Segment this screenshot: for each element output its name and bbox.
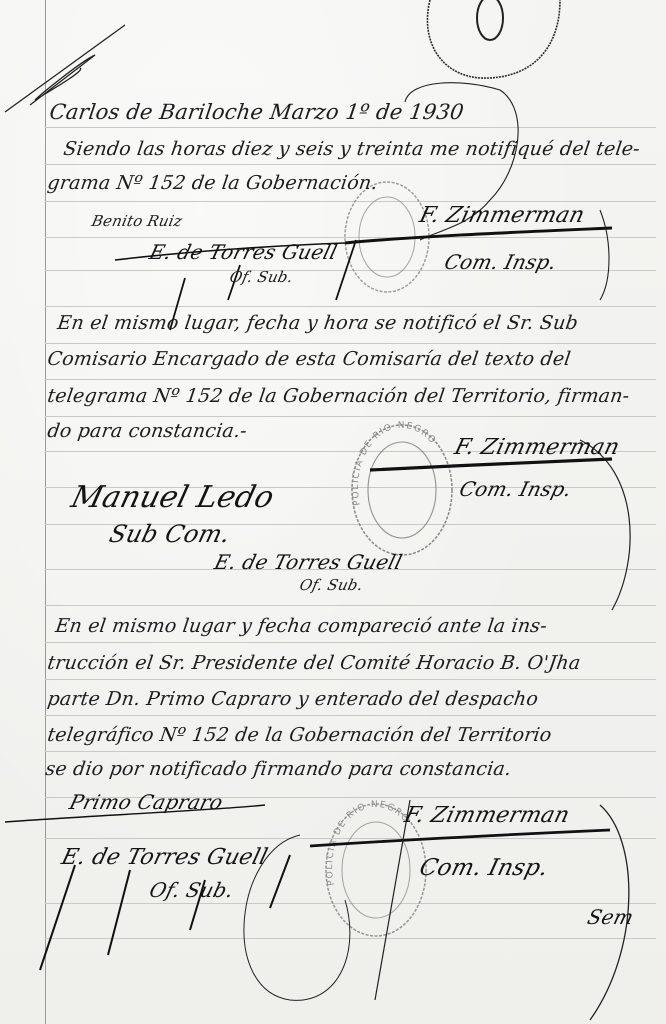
entry-2-line-1: En el mismo lugar, fecha y hora se notif… [56,312,580,334]
entry-3-line-2: trucción el Sr. Presidente del Comité Ho… [46,652,582,674]
signature-title-of-sub-2: Of. Sub. [298,576,365,594]
ruled-line [45,642,656,643]
place-date-line: Carlos de Bariloche Marzo 1º de 1930 [48,100,465,124]
signature-primo-capraro: Primo Capraro [67,790,225,814]
signature-title-com-insp-2: Com. Insp. [457,477,574,501]
signature-corner-initials: Sem [585,905,636,929]
ruled-line [45,715,656,716]
signature-title-of-sub-1: Of. Sub. [228,268,295,286]
entry-3-line-3: parte Dn. Primo Capraro y enterado del d… [46,688,540,710]
ruled-line [45,903,656,904]
entry-2-line-2: Comisario Encargado de esta Comisaría de… [46,348,572,370]
ruled-line [45,379,656,380]
ruled-line [45,938,656,939]
ruled-line [45,416,656,417]
margin-rule [45,0,46,1024]
signature-title-of-sub-3: Of. Sub. [147,878,236,902]
signature-torres-guell-1: E. de Torres Guell [147,240,340,264]
ruled-line [45,127,656,128]
svg-text:POLICIA DE RIO NEGRO: POLICIA DE RIO NEGRO [325,800,411,886]
ruled-line [45,605,656,606]
ruled-line [45,237,656,238]
signature-benito-ruiz: Benito Ruiz [90,212,184,230]
entry-3-line-1: En el mismo lugar y fecha compareció ant… [54,615,548,637]
entry-2-line-3: telegrama Nº 152 de la Gobernación del T… [46,385,631,407]
ruled-line [45,343,656,344]
signature-title-com-insp-3: Com. Insp. [417,855,551,881]
entry-2-line-4: do para constancia.- [46,420,248,442]
signature-torres-guell-2: E. de Torres Guell [212,550,405,574]
entry-1-line-1: Siendo las horas diez y seis y treinta m… [62,138,641,160]
ruled-line [45,270,656,271]
signature-title-com-insp-1: Com. Insp. [442,250,559,274]
signature-manuel-ledo: Manuel Ledo [68,480,278,515]
signature-zimmerman-2: F. Zimmerman [452,435,622,460]
svg-text:POLICIA DE RIO NEGRO: POLICIA DE RIO NEGRO [351,421,438,506]
signature-torres-guell-3: E. de Torres Guell [59,845,270,870]
ruled-line [45,838,656,839]
entry-3-line-5: se dio por notificado firmando para cons… [44,758,513,780]
entry-1-line-2: grama Nº 152 de la Gobernación. [46,172,379,194]
entry-3-line-4: telegráfico Nº 152 de la Gobernación del… [46,724,553,746]
ruled-line [45,201,656,202]
ruled-line [45,679,656,680]
signature-title-sub-com: Sub Com. [107,520,234,548]
signature-zimmerman-3: F. Zimmerman [402,803,572,828]
signature-zimmerman-1: F. Zimmerman [417,203,587,228]
folio-mark [427,0,560,78]
ruled-line [45,306,656,307]
document-page: POLICIA DE RIO NEGRO POLICIA DE RIO NEGR… [0,0,666,1024]
ruled-line [45,751,656,752]
ruled-line [45,164,656,165]
